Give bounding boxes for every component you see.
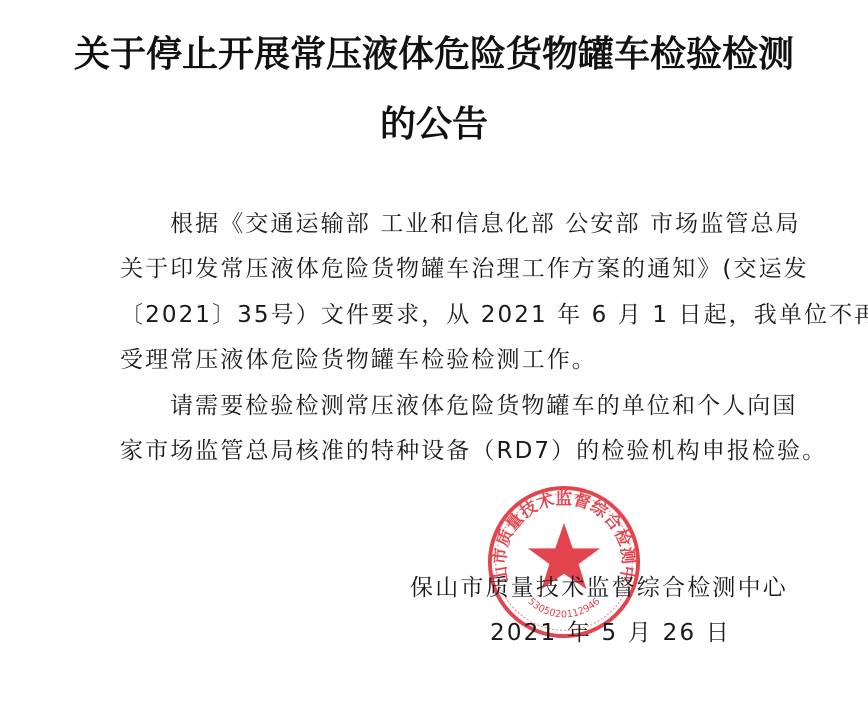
title-line-2: 的公告: [0, 96, 868, 147]
signature-organization: 保山市质量技术监督综合检测中心: [410, 569, 788, 602]
paragraph2-line2: 家市场监管总局核准的特种设备（RD7）的检验机构申报检验。: [120, 432, 827, 465]
signature-date: 2021 年 5 月 26 日: [490, 614, 731, 647]
paragraph2-line1: 请需要检验检测常压液体危险货物罐车的单位和个人向国: [170, 387, 798, 420]
title-line-1: 关于停止开展常压液体危险货物罐车检验检测: [0, 26, 868, 77]
paragraph1-line3: 〔2021〕35号）文件要求，从 2021 年 6 月 1 日起，我单位不再: [120, 296, 868, 329]
paragraph1-line4: 受理常压液体危险货物罐车检验检测工作。: [120, 341, 597, 374]
paragraph1-line1: 根据《交通运输部 工业和信息化部 公安部 市场监管总局: [170, 205, 801, 238]
document-page: 关于停止开展常压液体危险货物罐车检验检测 的公告 根据《交通运输部 工业和信息化…: [0, 0, 868, 711]
paragraph1-line2: 关于印发常压液体危险货物罐车治理工作方案的通知》(交运发: [120, 250, 809, 283]
